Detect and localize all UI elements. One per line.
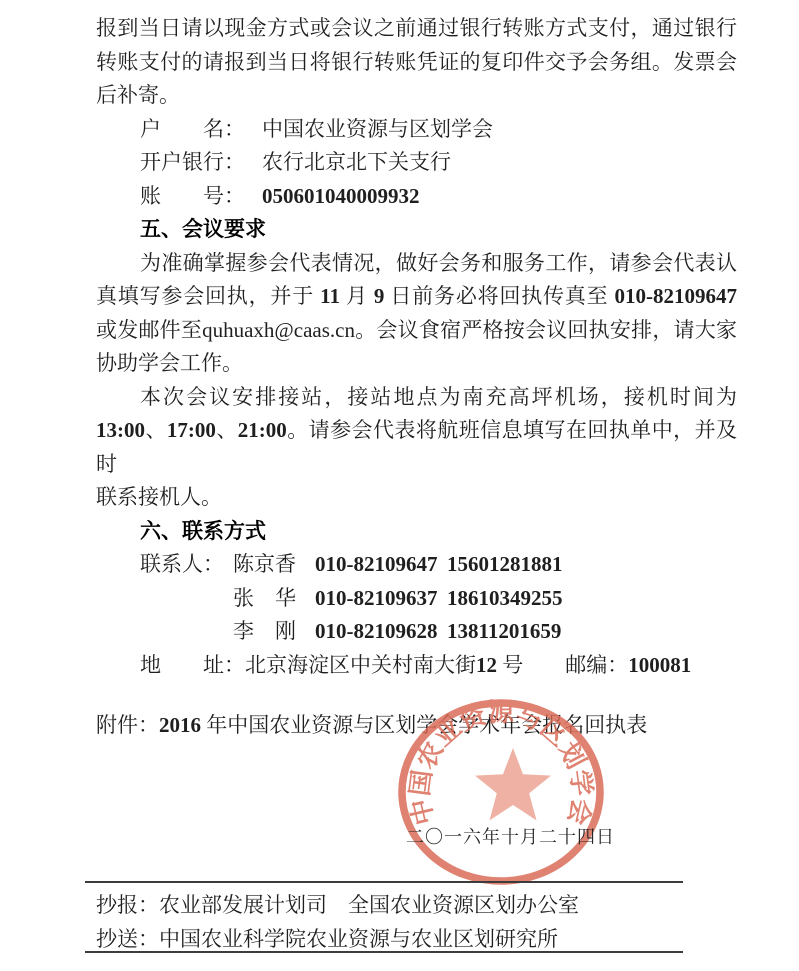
footer-value: 中国农业科学院农业资源与农业区划研究所 bbox=[159, 927, 558, 951]
bank-label: 户 名： bbox=[140, 113, 262, 147]
section-heading-6: 六、联系方式 bbox=[96, 515, 737, 549]
body-line: 报到当日请以现金方式或会议之前通过银行转账方式支付，通过银行 bbox=[96, 12, 737, 46]
footer-divider-top bbox=[85, 881, 683, 883]
section-heading-5: 五、会议要求 bbox=[96, 213, 737, 247]
contact-row: 张 华 010-82109637 18610349255 bbox=[96, 582, 737, 616]
bank-row-account-name: 户 名：中国农业资源与区划学会 bbox=[96, 113, 737, 147]
contact-label bbox=[140, 582, 233, 616]
contact-name: 陈京香 bbox=[233, 548, 315, 582]
bank-row-account-number: 账 号：050601040009932 bbox=[96, 180, 737, 214]
body-line: 真填写参会回执，并于 11 月 9 日前务必将回执传真至 010-8210964… bbox=[96, 280, 737, 314]
footer-copy-report-line: 抄报：农业部发展计划司 全国农业资源区划办公室 bbox=[96, 892, 579, 918]
footer-value: 农业部发展计划司 全国农业资源区划办公室 bbox=[159, 893, 579, 917]
body-line: 转账支付的请报到当日将银行转账凭证的复印件交予会务组。发票会 bbox=[96, 46, 737, 80]
bank-value: 050601040009932 bbox=[262, 184, 420, 208]
footer-copy-send-line: 抄送：中国农业科学院农业资源与农业区划研究所 bbox=[96, 926, 558, 952]
body-line: 为准确掌握参会代表情况，做好会务和服务工作，请参会代表认 bbox=[96, 247, 737, 281]
bank-label: 开户银行： bbox=[140, 146, 262, 180]
contact-mobile: 13811201659 bbox=[447, 615, 737, 649]
contact-row: 联系人： 陈京香 010-82109647 15601281881 bbox=[96, 548, 737, 582]
body-line: 协助学会工作。 bbox=[96, 347, 737, 381]
contact-row: 李 刚 010-82109628 13811201659 bbox=[96, 615, 737, 649]
contact-phone: 010-82109628 bbox=[315, 615, 447, 649]
body-line: 本次会议安排接站，接站地点为南充高坪机场，接机时间为 bbox=[96, 381, 737, 415]
contact-mobile: 18610349255 bbox=[447, 582, 737, 616]
contact-label bbox=[140, 615, 233, 649]
body-line: 后补寄。 bbox=[96, 79, 737, 113]
document-page: 报到当日请以现金方式或会议之前通过银行转账方式支付，通过银行 转账支付的请报到当… bbox=[0, 0, 799, 971]
address-value: 北京海淀区中关村南大街12 号 邮编：100081 bbox=[245, 653, 691, 677]
contact-label: 联系人： bbox=[140, 548, 233, 582]
attachment-label: 附件： bbox=[96, 713, 159, 737]
document-body: 报到当日请以现金方式或会议之前通过银行转账方式支付，通过银行 转账支付的请报到当… bbox=[0, 0, 799, 743]
body-line: 联系接机人。 bbox=[96, 481, 737, 515]
footer-divider-bottom bbox=[85, 951, 683, 953]
address-row: 地 址：北京海淀区中关村南大街12 号 邮编：100081 bbox=[96, 649, 737, 683]
address-label: 地 址： bbox=[140, 653, 245, 677]
bank-label: 账 号： bbox=[140, 180, 262, 214]
seal-star-icon bbox=[475, 748, 551, 820]
document-date: 二〇一六年十月二十四日 bbox=[406, 826, 615, 848]
footer-label: 抄送： bbox=[96, 927, 159, 951]
official-seal: 中国农业资源与区划学会 bbox=[396, 698, 606, 888]
bank-value: 中国农业资源与区划学会 bbox=[262, 117, 493, 141]
contact-name: 张 华 bbox=[233, 582, 315, 616]
contact-phone: 010-82109637 bbox=[315, 582, 447, 616]
bank-row-bank-name: 开户银行：农行北京北下关支行 bbox=[96, 146, 737, 180]
contact-name: 李 刚 bbox=[233, 615, 315, 649]
body-line: 13:00、17:00、21:00。请参会代表将航班信息填写在回执单中，并及时 bbox=[96, 414, 737, 481]
body-line: 或发邮件至quhuaxh@caas.cn。会议食宿严格按会议回执安排，请大家 bbox=[96, 314, 737, 348]
contact-phone: 010-82109647 bbox=[315, 548, 447, 582]
contact-mobile: 15601281881 bbox=[447, 548, 737, 582]
footer-label: 抄报： bbox=[96, 893, 159, 917]
bank-value: 农行北京北下关支行 bbox=[262, 150, 451, 174]
